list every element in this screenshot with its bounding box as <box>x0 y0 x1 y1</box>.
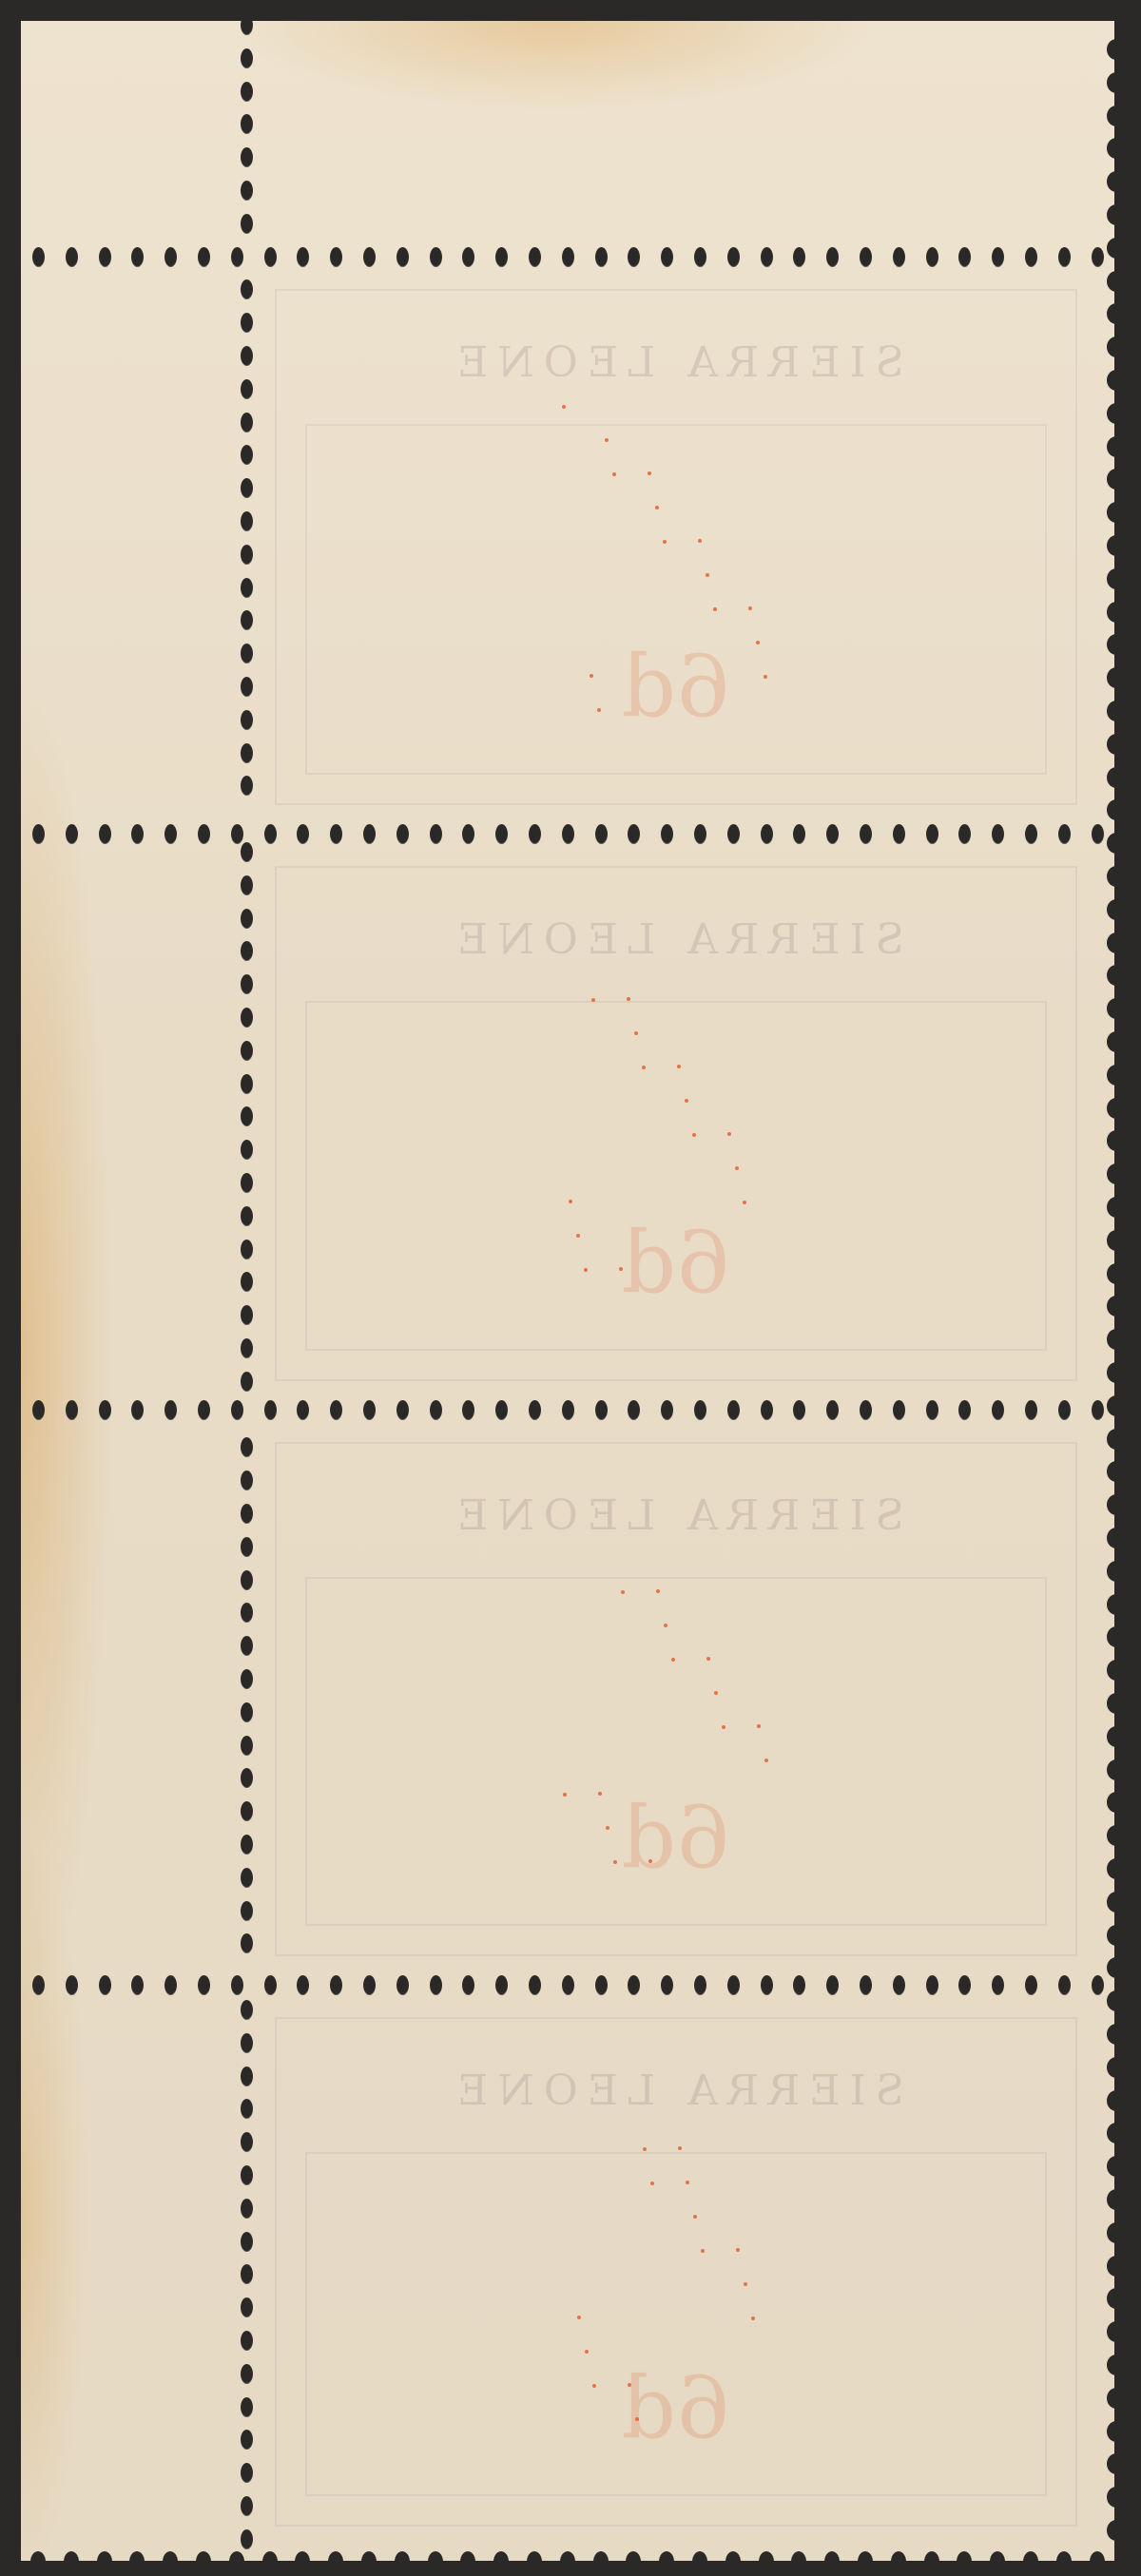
perforation-hole <box>241 147 253 167</box>
edge-perforation <box>1107 502 1126 523</box>
edge-perforation <box>692 2551 707 2572</box>
perforation-hole <box>1025 824 1037 844</box>
stamp-back-3: SIERRA LEONE6d <box>275 1442 1077 1956</box>
ink-speck <box>619 1267 623 1271</box>
ink-speck <box>612 472 616 476</box>
edge-perforation <box>1107 2222 1126 2243</box>
edge-perforation <box>328 2551 343 2572</box>
edge-perforation <box>1107 1759 1126 1780</box>
edge-perforation <box>262 2551 278 2572</box>
edge-perforation <box>1107 634 1126 655</box>
ink-speck <box>701 2249 705 2253</box>
ink-speck <box>562 405 566 409</box>
perforation-hole <box>860 1400 872 1420</box>
edge-perforation <box>163 2551 178 2572</box>
perforation-hole <box>595 247 608 267</box>
perforation-hole <box>241 1901 253 1921</box>
ink-speck <box>735 1166 739 1170</box>
ink-speck <box>598 1792 602 1796</box>
edge-perforation <box>1107 2090 1126 2111</box>
perforation-hole <box>241 2397 253 2417</box>
perforation-hole <box>595 824 608 844</box>
perforation-hole <box>241 1736 253 1756</box>
perforation-hole <box>241 1173 253 1193</box>
perforation-hole <box>926 1975 938 1995</box>
edge-perforation <box>1107 1561 1126 1582</box>
perforation-hole <box>958 824 971 844</box>
perforation-hole <box>330 1400 342 1420</box>
perforation-hole <box>495 1400 508 1420</box>
edge-perforation <box>1107 106 1126 126</box>
perforation-hole <box>32 1975 45 1995</box>
show-through-value: 6d <box>277 1213 1075 1313</box>
edge-perforation <box>1107 2024 1126 2045</box>
perforation-hole <box>396 1975 409 1995</box>
edge-perforation <box>1107 1362 1126 1383</box>
ink-speck <box>597 708 601 712</box>
perforation-hole <box>241 1636 253 1656</box>
edge-perforation <box>229 2551 244 2572</box>
perforation-hole <box>495 1975 508 1995</box>
perforation-hole <box>826 247 839 267</box>
ink-speck <box>656 1589 660 1593</box>
perforation-hole <box>1058 824 1071 844</box>
edge-perforation <box>1107 535 1126 556</box>
perforation-hole <box>241 909 253 929</box>
show-through-title: SIERRA LEONE <box>315 1491 1037 1540</box>
perforation-hole <box>462 247 474 267</box>
perforation-hole <box>164 247 177 267</box>
edge-perforation <box>1107 1163 1126 1184</box>
perforation-hole <box>761 1400 773 1420</box>
perforation-hole <box>241 2000 253 2020</box>
perforation-hole <box>164 824 177 844</box>
edge-perforation <box>1107 238 1126 259</box>
ink-speck <box>642 1066 646 1069</box>
perforation-hole <box>992 1975 1004 1995</box>
edge-perforation <box>957 2551 972 2572</box>
perforation-hole <box>562 247 574 267</box>
perforation-hole <box>241 2232 253 2252</box>
perforation-hole <box>66 247 78 267</box>
edge-perforation <box>295 2551 310 2572</box>
edge-perforation <box>725 2551 741 2572</box>
stamp-back-2: SIERRA LEONE6d <box>275 866 1077 1381</box>
edge-perforation <box>560 2551 575 2572</box>
edge-perforation <box>1107 2388 1126 2409</box>
perforation-hole <box>430 247 442 267</box>
edge-perforation <box>1107 1990 1126 2011</box>
edge-perforation <box>1107 1429 1126 1450</box>
perforation-hole <box>241 2165 253 2185</box>
perforation-hole <box>241 1933 253 1953</box>
edge-perforation <box>1107 1461 1126 1482</box>
edge-perforation <box>1107 1329 1126 1350</box>
ink-speck <box>727 1132 731 1136</box>
perforation-hole <box>241 1669 253 1689</box>
perforation-hole <box>241 15 253 35</box>
stamp-paper: SIERRA LEONE6dSIERRA LEONE6dSIERRA LEONE… <box>21 21 1114 2561</box>
perforation-hole <box>793 1400 805 1420</box>
perforation-hole <box>430 1975 442 1995</box>
edge-perforation <box>1107 1858 1126 1879</box>
perforation-hole <box>330 1975 342 1995</box>
ink-speck <box>693 2215 697 2219</box>
perforation-hole <box>958 1400 971 1420</box>
perforation-hole <box>241 2132 253 2152</box>
perforation-hole <box>264 247 277 267</box>
perforation-hole <box>727 247 740 267</box>
edge-perforation <box>1107 2321 1126 2342</box>
ink-speck <box>627 997 630 1001</box>
perforation-hole <box>198 247 210 267</box>
perforation-hole <box>1025 1400 1037 1420</box>
perforation-hole <box>241 1272 253 1292</box>
perforation-hole <box>241 2430 253 2450</box>
ink-speck <box>744 2282 747 2286</box>
perforation-hole <box>241 644 253 663</box>
edge-perforation <box>1107 1263 1126 1284</box>
edge-perforation <box>1107 2057 1126 2078</box>
edge-perforation <box>1107 1395 1126 1416</box>
perforation-hole <box>661 824 673 844</box>
ink-speck <box>713 607 717 611</box>
ink-speck <box>685 1099 688 1103</box>
perforation-hole <box>241 2364 253 2384</box>
perforation-hole <box>826 824 839 844</box>
ink-speck <box>650 2182 654 2185</box>
perforation-hole <box>241 1140 253 1160</box>
perforation-hole <box>761 247 773 267</box>
edge-perforation <box>1107 833 1126 854</box>
edge-perforation <box>1107 171 1126 192</box>
edge-perforation <box>593 2551 609 2572</box>
perforation-hole <box>241 2264 253 2284</box>
perforation-hole <box>661 1975 673 1995</box>
perforation-hole <box>241 279 253 299</box>
edge-perforation <box>1107 899 1126 920</box>
perforation-hole <box>926 247 938 267</box>
edge-perforation <box>428 2551 443 2572</box>
perforation-hole <box>396 1400 409 1420</box>
perforation-hole <box>231 824 243 844</box>
perforation-hole <box>727 1400 740 1420</box>
ink-speck <box>590 674 593 678</box>
perforation-hole <box>241 1768 253 1788</box>
perforation-hole <box>241 2529 253 2549</box>
perforation-hole <box>628 247 640 267</box>
ink-speck <box>678 2146 682 2150</box>
ink-speck <box>748 606 752 610</box>
perforation-hole <box>297 1975 309 1995</box>
edge-perforation <box>1107 1065 1126 1086</box>
edge-perforation <box>1090 2551 1105 2572</box>
perforation-hole <box>430 1400 442 1420</box>
edge-perforation <box>1107 436 1126 457</box>
perforation-hole <box>297 247 309 267</box>
perforation-hole <box>241 1570 253 1590</box>
edge-perforation <box>1107 866 1126 887</box>
perforation-hole <box>396 824 409 844</box>
edge-perforation <box>395 2551 410 2572</box>
perforation-hole <box>761 1975 773 1995</box>
edge-perforation <box>1107 767 1126 788</box>
perforation-hole <box>241 743 253 763</box>
edge-perforation <box>1107 370 1126 391</box>
perforation-hole <box>241 1305 253 1325</box>
edge-perforation <box>30 2551 46 2572</box>
perforation-hole <box>66 824 78 844</box>
perforation-hole <box>926 1400 938 1420</box>
ink-speck <box>605 438 609 442</box>
ink-speck <box>635 2417 639 2421</box>
perforation-hole <box>241 313 253 333</box>
perforation-hole <box>241 511 253 531</box>
perforation-hole <box>241 1338 253 1358</box>
edge-perforation <box>1107 2189 1126 2210</box>
show-through-value: 6d <box>277 2358 1075 2458</box>
perforation-hole <box>241 677 253 697</box>
perforation-hole <box>241 2297 253 2317</box>
show-through-value: 6d <box>277 1788 1075 1888</box>
perforation-hole <box>241 1041 253 1061</box>
ink-speck <box>764 675 767 679</box>
perforation-hole <box>241 941 253 961</box>
perforation-hole <box>241 578 253 598</box>
perforation-hole <box>860 1975 872 1995</box>
edge-perforation <box>1107 1957 1126 1978</box>
edge-perforation <box>1107 667 1126 688</box>
ink-speck <box>736 2248 740 2252</box>
perforation-hole <box>727 824 740 844</box>
perforation-hole <box>529 247 541 267</box>
perforation-hole <box>241 545 253 565</box>
edge-perforation <box>1107 271 1126 292</box>
edge-perforation <box>1107 1726 1126 1747</box>
perforation-hole <box>131 1975 144 1995</box>
perforation-hole <box>241 1372 253 1392</box>
edge-perforation <box>64 2551 79 2572</box>
edge-perforation <box>1107 1693 1126 1714</box>
perforation-hole <box>793 1975 805 1995</box>
perforation-hole <box>241 2463 253 2483</box>
perforation-hole <box>164 1975 177 1995</box>
perforation-hole <box>727 1975 740 1995</box>
ink-speck <box>655 506 659 509</box>
edge-perforation <box>1107 1197 1126 1218</box>
perforation-hole <box>694 1400 706 1420</box>
perforation-hole <box>231 247 243 267</box>
perforation-hole <box>241 875 253 895</box>
perforation-hole <box>1092 824 1104 844</box>
perforation-hole <box>992 824 1004 844</box>
perforation-hole <box>628 1400 640 1420</box>
edge-perforation <box>129 2551 145 2572</box>
edge-perforation <box>1107 701 1126 721</box>
perforation-hole <box>241 610 253 630</box>
edge-perforation <box>1107 2123 1126 2143</box>
show-through-title: SIERRA LEONE <box>315 338 1037 387</box>
ink-speck <box>592 2384 596 2388</box>
perforation-hole <box>330 824 342 844</box>
perforation-hole <box>1058 1400 1071 1420</box>
edge-perforation <box>791 2551 806 2572</box>
ink-speck <box>743 1201 746 1204</box>
perforation-hole <box>241 82 253 102</box>
perforation-hole <box>430 824 442 844</box>
perforation-hole <box>562 824 574 844</box>
edge-perforation <box>1107 602 1126 623</box>
edge-perforation <box>361 2551 377 2572</box>
edge-perforation <box>1107 1296 1126 1317</box>
perforation-hole <box>1025 1975 1037 1995</box>
edge-perforation <box>1107 2453 1126 2474</box>
perforation-hole <box>793 824 805 844</box>
show-through-value: 6d <box>277 637 1075 737</box>
perforation-hole <box>1058 1975 1071 1995</box>
perforation-hole <box>241 1240 253 1259</box>
ink-speck <box>664 1624 667 1627</box>
ink-speck <box>634 1031 638 1035</box>
perforation-hole <box>761 824 773 844</box>
perforation-hole <box>363 1975 376 1995</box>
perforation-hole <box>363 247 376 267</box>
edge-perforation <box>824 2551 840 2572</box>
ink-speck <box>606 1826 609 1830</box>
ink-speck <box>648 471 651 475</box>
stamp-back-1: SIERRA LEONE6d <box>275 289 1077 805</box>
ink-speck <box>756 641 760 644</box>
perforation-hole <box>793 247 805 267</box>
perforation-hole <box>241 2331 253 2351</box>
perforation-hole <box>495 824 508 844</box>
perforation-hole <box>495 247 508 267</box>
perforation-hole <box>694 247 706 267</box>
perforation-hole <box>241 974 253 994</box>
perforation-hole <box>992 1400 1004 1420</box>
ink-speck <box>663 540 667 544</box>
edge-perforation <box>1107 72 1126 93</box>
perforation-hole <box>198 1975 210 1995</box>
edge-perforation <box>1107 138 1126 159</box>
perforation-hole <box>264 1400 277 1420</box>
edge-perforation <box>1107 2487 1126 2508</box>
perforation-hole <box>241 114 253 134</box>
edge-perforation <box>1107 734 1126 755</box>
perforation-hole <box>826 1400 839 1420</box>
perforation-hole <box>661 247 673 267</box>
perforation-hole <box>241 2099 253 2119</box>
perforation-hole <box>241 842 253 862</box>
ink-speck <box>577 2316 581 2319</box>
perforation-hole <box>595 1975 608 1995</box>
perforation-hole <box>241 776 253 796</box>
ink-speck <box>576 1234 580 1238</box>
ink-speck <box>585 2350 589 2354</box>
perforation-hole <box>628 824 640 844</box>
perforation-hole <box>462 824 474 844</box>
perforation-hole <box>958 247 971 267</box>
perforation-hole <box>198 824 210 844</box>
ink-speck <box>706 1657 710 1661</box>
edge-perforation <box>1107 2156 1126 2177</box>
perforation-hole <box>893 824 905 844</box>
perforation-hole <box>926 824 938 844</box>
ink-speck <box>686 2181 689 2184</box>
edge-perforation <box>1107 1594 1126 1615</box>
edge-perforation <box>759 2551 774 2572</box>
edge-perforation <box>527 2551 542 2572</box>
perforation-hole <box>241 1801 253 1821</box>
perforation-hole <box>893 247 905 267</box>
perforation-hole <box>32 247 45 267</box>
edge-perforation <box>493 2551 509 2572</box>
perforation-hole <box>131 247 144 267</box>
edge-perforation <box>858 2551 873 2572</box>
perforation-hole <box>131 1400 144 1420</box>
perforation-hole <box>99 1400 111 1420</box>
perforation-hole <box>241 1603 253 1623</box>
perforation-hole <box>661 1400 673 1420</box>
perforation-hole <box>628 1975 640 1995</box>
edge-perforation <box>1107 932 1126 953</box>
perforation-hole <box>99 824 111 844</box>
perforation-hole <box>264 824 277 844</box>
perforation-hole <box>462 1400 474 1420</box>
perforation-hole <box>66 1400 78 1420</box>
perforation-hole <box>330 247 342 267</box>
perforation-hole <box>562 1975 574 1995</box>
perforation-hole <box>1092 1400 1104 1420</box>
perforation-hole <box>99 247 111 267</box>
ink-speck <box>563 1793 567 1797</box>
edge-perforation <box>1107 965 1126 986</box>
perforation-hole <box>241 1074 253 1094</box>
edge-perforation <box>1107 1825 1126 1846</box>
edge-perforation <box>460 2551 475 2572</box>
perforation-hole <box>529 1975 541 1995</box>
edge-perforation <box>1107 1098 1126 1119</box>
edge-perforation <box>1107 204 1126 225</box>
perforation-hole <box>1058 247 1071 267</box>
perforation-hole <box>595 1400 608 1420</box>
ink-speck <box>671 1658 675 1662</box>
edge-perforation <box>1023 2551 1038 2572</box>
perforation-hole <box>363 1400 376 1420</box>
perforation-hole <box>66 1975 78 1995</box>
perforation-hole <box>860 824 872 844</box>
perforation-hole <box>241 413 253 433</box>
edge-perforation <box>196 2551 211 2572</box>
ink-speck <box>714 1691 718 1695</box>
perforation-hole <box>241 346 253 366</box>
edge-perforation <box>1107 1792 1126 1813</box>
perforation-hole <box>396 247 409 267</box>
ink-speck <box>591 998 595 1002</box>
perforation-hole <box>694 824 706 844</box>
perforation-hole <box>241 1702 253 1722</box>
ink-speck <box>677 1065 681 1068</box>
edge-perforation <box>924 2551 939 2572</box>
perforation-hole <box>241 2496 253 2516</box>
ink-speck <box>584 1268 588 1272</box>
edge-perforation <box>1107 403 1126 424</box>
perforation-hole <box>297 1400 309 1420</box>
edge-perforation <box>1107 336 1126 357</box>
perforation-hole <box>241 2199 253 2219</box>
perforation-hole <box>264 1975 277 1995</box>
perforation-hole <box>860 247 872 267</box>
